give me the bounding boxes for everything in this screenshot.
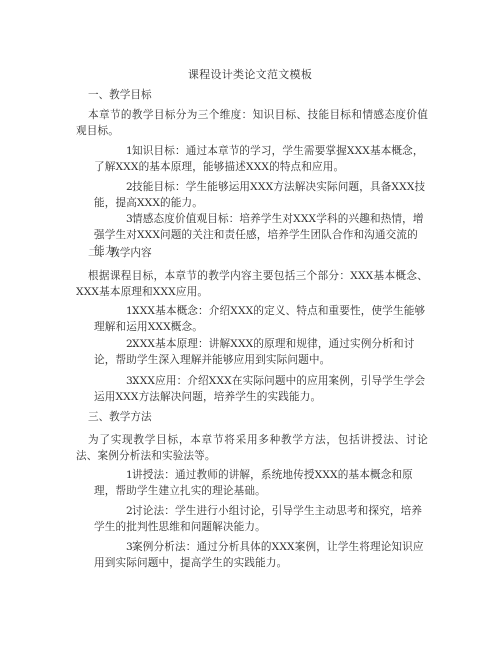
list-text: 案例分析法：通过分析具体的XXX案例，让学生将理论知识应用到实际问题中，提高学生… (94, 541, 424, 569)
list-text: XXX基本概念：介绍XXX的定义、特点和重要性，使学生能够理解和运用XXX概念。 (94, 305, 425, 333)
list-item: 3.案例分析法：通过分析具体的XXX案例，让学生将理论知识应用到实际问题中，提高… (94, 539, 428, 571)
section-heading-content: 二、教学内容 (76, 245, 440, 261)
list-number: 3. (110, 211, 132, 227)
section-intro-content: 根据课程目标，本章节的教学内容主要包括三个部分：XXX基本概念、XXX基本原理和… (76, 268, 428, 300)
list-number: 1. (110, 467, 132, 483)
list-text: 讨论法：学生进行小组讨论，引导学生主动思考和探究，培养学生的批判性思维和问题解决… (94, 505, 422, 533)
list-number: 3. (110, 373, 132, 389)
section-intro-methods: 为了实现教学目标，本章节将采用多种教学方法，包括讲授法、讨论法、案例分析法和实验… (76, 432, 428, 464)
document-page: 课程设计类论文范文模板 一、教学目标 本章节的教学目标分为三个维度：知识目标、技… (0, 0, 500, 647)
list-item: 1.知识目标：通过本章节的学习，学生需要掌握XXX基本概念，了解XXX的基本原理… (94, 143, 428, 175)
list-text: 讲授法：通过教师的讲解，系统地传授XXX的基本概念和原理，帮助学生建立扎实的理论… (94, 469, 413, 497)
list-number: 2. (110, 336, 132, 352)
list-number: 2. (110, 179, 132, 195)
section-heading-objectives: 一、教学目标 (76, 87, 440, 103)
list-item: 3.XXX应用：介绍XXX在实际问题中的应用案例，引导学生学会运用XXX方法解决… (94, 373, 428, 405)
section-intro-objectives: 本章节的教学目标分为三个维度：知识目标、技能目标和情感态度价值观目标。 (76, 107, 428, 139)
list-text: 技能目标：学生能够运用XXX方法解决实际问题，具备XXX技能，提高XXX的能力。 (94, 181, 425, 209)
list-item: 2.讨论法：学生进行小组讨论，引导学生主动思考和探究，培养学生的批判性思维和问题… (94, 503, 428, 535)
list-number: 2. (110, 503, 132, 519)
list-number: 1. (110, 303, 132, 319)
list-item: 2.技能目标：学生能够运用XXX方法解决实际问题，具备XXX技能，提高XXX的能… (94, 179, 428, 211)
list-text: 知识目标：通过本章节的学习，学生需要掌握XXX基本概念，了解XXX的基本原理，能… (94, 145, 424, 173)
list-number: 3. (110, 539, 132, 555)
list-item: 2.XXX基本原理：讲解XXX的原理和规律，通过实例分析和讨论，帮助学生深入理解… (94, 336, 428, 368)
list-text: XXX应用：介绍XXX在实际问题中的应用案例，引导学生学会运用XXX方法解决问题… (94, 375, 425, 403)
document-title: 课程设计类论文范文模板 (0, 66, 500, 82)
list-item: 1.XXX基本概念：介绍XXX的定义、特点和重要性，使学生能够理解和运用XXX概… (94, 303, 428, 335)
list-text: XXX基本原理：讲解XXX的原理和规律，通过实例分析和讨论，帮助学生深入理解并能… (94, 338, 415, 366)
list-item: 1.讲授法：通过教师的讲解，系统地传授XXX的基本概念和原理，帮助学生建立扎实的… (94, 467, 428, 499)
section-heading-methods: 三、教学方法 (76, 409, 440, 425)
list-number: 1. (110, 143, 132, 159)
